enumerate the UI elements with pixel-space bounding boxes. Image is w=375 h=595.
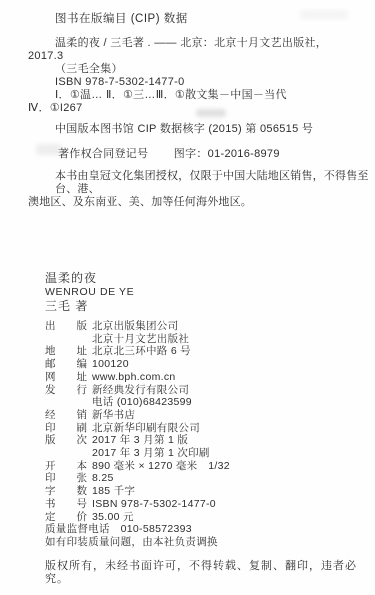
colophon-value: 2017 年 3 月第 1 次印刷: [92, 447, 210, 460]
colophon-value: 北京出版集团公司: [92, 320, 178, 333]
copyright-page: 图书在版编目 (CIP) 数据 温柔的夜 / 三毛著 . —— 北京：北京十月文…: [0, 0, 375, 595]
colophon-row: 印张 8.25: [45, 472, 375, 485]
colophon-row-continuation: 北京十月文艺出版社: [45, 333, 375, 346]
colophon-value: 新华书店: [92, 409, 135, 422]
colophon-row: 版次 2017 年 3 月第 1 版: [45, 434, 375, 447]
colophon-row: 出版 北京出版集团公司: [45, 320, 375, 333]
copyright-registration-number: 图字：01-2016-8979: [174, 148, 280, 160]
title-block: 温柔的夜 WENROU DE YE 三毛 著: [45, 271, 375, 313]
copyright-registration-label: 著作权合同登记号: [58, 148, 148, 160]
colophon-value: 890 毫米 × 1270 毫米 1/32: [92, 460, 230, 473]
book-title-cn: 温柔的夜: [45, 271, 375, 285]
copyright-registration: 著作权合同登记号 图字：01-2016-8979: [58, 148, 375, 161]
colophon-label: 出版: [45, 320, 87, 333]
colophon-value: www.bph.com.cn: [92, 371, 176, 384]
colophon-row: 地址 北京北三环中路 6 号: [45, 345, 375, 358]
colophon-value: 北京十月文艺出版社: [92, 333, 189, 346]
scan-artifact: [300, 10, 348, 19]
cip-series-line: （三毛全集）: [55, 63, 375, 76]
colophon-row: 邮编 100120: [45, 358, 375, 371]
colophon-label: 定价: [45, 511, 87, 524]
colophon-label: 版次: [45, 434, 87, 447]
colophon-row: 经销 新华书店: [45, 409, 375, 422]
colophon-label: 书号: [45, 498, 87, 511]
colophon-label: 邮编: [45, 358, 87, 371]
scan-artifact: [36, 144, 62, 155]
colophon-value: 电话 (010)68423599: [92, 396, 192, 409]
cip-registry: 中国版本图书馆 CIP 数据核字 (2015) 第 056515 号: [55, 123, 375, 136]
cip-entry: 温柔的夜 / 三毛著 . —— 北京：北京十月文艺出版社， 2017.3 （三毛…: [0, 37, 375, 115]
quality-phone-line: 质量监督电话 010-58572393: [45, 523, 375, 536]
cip-isbn-line: ISBN 978-7-5302-1477-0: [55, 76, 375, 89]
colophon-row: 书号 ISBN 978-7-5302-1477-0: [45, 498, 375, 511]
cip-class-line: Ⅰ．①温… Ⅱ．①三…Ⅲ．①散文集－中国－当代: [55, 89, 375, 102]
colophon-value: 8.25: [92, 472, 114, 485]
colophon-table: 出版 北京出版集团公司 北京十月文艺出版社 地址 北京北三环中路 6 号 邮编 …: [45, 320, 375, 523]
colophon-row: 开本 890 毫米 × 1270 毫米 1/32: [45, 460, 375, 473]
cip-entry-line: 2017.3: [28, 50, 375, 63]
colophon-label: 印刷: [45, 422, 87, 435]
authorization-line: 澳地区、及东南亚、美、加等任何海外地区。: [28, 196, 375, 209]
colophon-row: 印刷 北京新华印刷有限公司: [45, 422, 375, 435]
book-title-pinyin: WENROU DE YE: [45, 285, 375, 299]
colophon-value: 185 千字: [92, 485, 135, 498]
colophon-row: 定价 35.00 元: [45, 511, 375, 524]
colophon-value: 北京北三环中路 6 号: [92, 345, 191, 358]
colophon-label: 地址: [45, 345, 87, 358]
colophon-label: 字数: [45, 485, 87, 498]
colophon-row: 网址 www.bph.com.cn: [45, 371, 375, 384]
colophon-value: 2017 年 3 月第 1 版: [92, 434, 188, 447]
colophon-label: 印张: [45, 472, 87, 485]
colophon-value: 100120: [92, 358, 129, 371]
colophon-row: 字数 185 千字: [45, 485, 375, 498]
colophon-label: 开本: [45, 460, 87, 473]
cip-entry-line: 温柔的夜 / 三毛著 . —— 北京：北京十月文艺出版社，: [55, 37, 375, 50]
book-author: 三毛 著: [45, 299, 375, 313]
authorization-line: 本书由皇冠文化集团授权，仅限于中国大陆地区销售，不得售至台、港、: [55, 170, 375, 196]
quality-note-line: 如有印装质量问题，由本社负责调换: [45, 536, 375, 549]
colophon-label: 发行: [45, 384, 87, 397]
rights-notice: 版权所有，未经书面许可，不得转载、复制、翻印，违者必究。: [45, 560, 375, 586]
colophon-row-continuation: 2017 年 3 月第 1 次印刷: [45, 447, 375, 460]
colophon-value: 新经典发行有限公司: [92, 384, 189, 397]
scan-artifact: [196, 109, 226, 117]
colophon-label: 经销: [45, 409, 87, 422]
colophon-value: ISBN 978-7-5302-1477-0: [92, 498, 216, 511]
colophon-value: 35.00 元: [92, 511, 134, 524]
colophon-value: 北京新华印刷有限公司: [92, 422, 200, 435]
colophon-row: 发行 新经典发行有限公司: [45, 384, 375, 397]
colophon-label: 网址: [45, 371, 87, 384]
authorization-notice: 本书由皇冠文化集团授权，仅限于中国大陆地区销售，不得售至台、港、 澳地区、及东南…: [0, 170, 375, 209]
colophon-row-continuation: 电话 (010)68423599: [45, 396, 375, 409]
